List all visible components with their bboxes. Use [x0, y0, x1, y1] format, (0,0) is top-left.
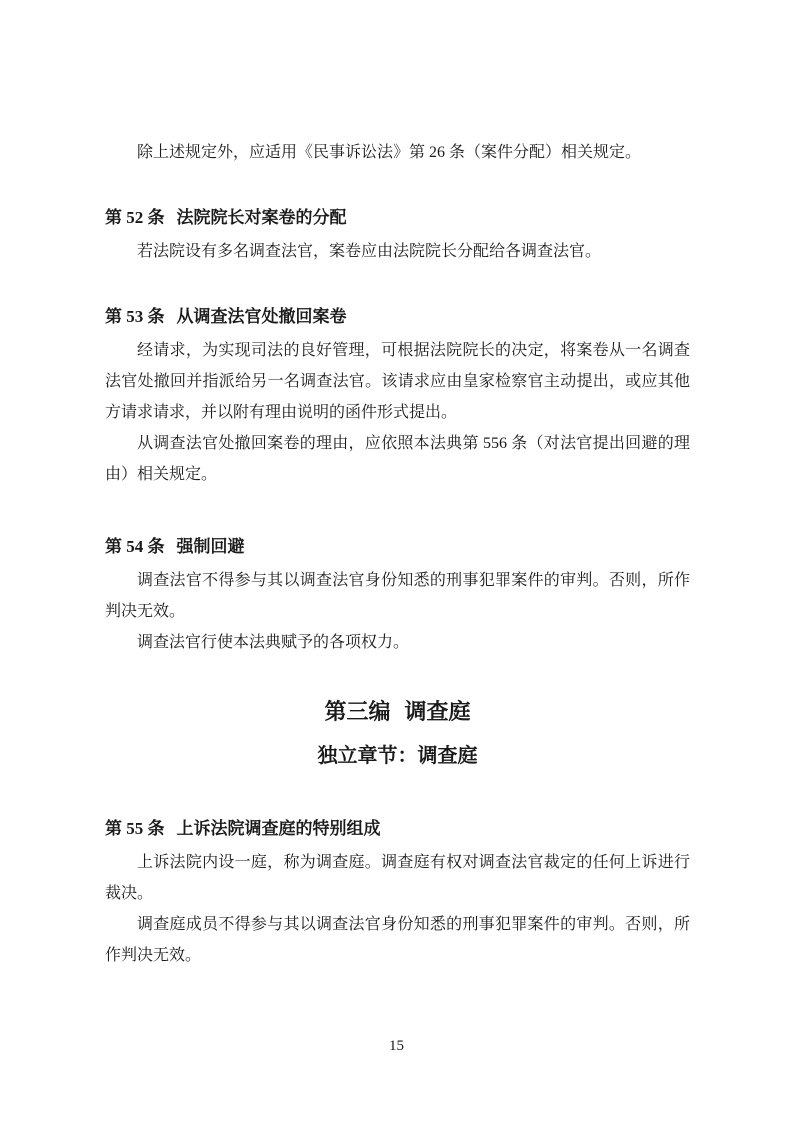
article-title: 从调查法官处撤回案卷	[177, 307, 347, 326]
part-number: 第三编	[324, 699, 390, 724]
article-title: 上诉法院调查庭的特别组成	[177, 819, 381, 838]
article-54-heading: 第 54 条强制回避	[105, 534, 690, 560]
paragraph: 调查法官不得参与其以调查法官身份知悉的刑事犯罪案件的审判。否则，所作判决无效。	[105, 565, 690, 627]
article-number: 第 54 条	[105, 537, 165, 556]
page: 除上述规定外，应适用《民事诉讼法》第 26 条（案件分配）相关规定。 第 52 …	[0, 0, 793, 1122]
article-52-heading: 第 52 条法院院长对案卷的分配	[105, 205, 690, 231]
part-title: 调查庭	[405, 699, 471, 724]
paragraph: 若法院设有多名调查法官，案卷应由法院院长分配给各调查法官。	[105, 236, 690, 267]
paragraph: 调查法官行使本法典赋予的各项权力。	[105, 627, 690, 658]
paragraph: 上诉法院内设一庭，称为调查庭。调查庭有权对调查法官裁定的任何上诉进行裁决。	[105, 847, 690, 909]
paragraph: 除上述规定外，应适用《民事诉讼法》第 26 条（案件分配）相关规定。	[105, 137, 690, 168]
chapter-heading: 独立章节：调查庭	[105, 740, 690, 772]
article-number: 第 53 条	[105, 307, 165, 326]
article-number: 第 52 条	[105, 208, 165, 227]
document-content: 除上述规定外，应适用《民事诉讼法》第 26 条（案件分配）相关规定。 第 52 …	[105, 137, 690, 971]
article-title: 强制回避	[177, 537, 245, 556]
part-heading: 第三编调查庭	[105, 695, 690, 729]
paragraph: 经请求，为实现司法的良好管理，可根据法院院长的决定，将案卷从一名调查法官处撤回并…	[105, 335, 690, 428]
article-number: 第 55 条	[105, 819, 165, 838]
article-55-heading: 第 55 条上诉法院调查庭的特别组成	[105, 816, 690, 842]
article-53-heading: 第 53 条从调查法官处撤回案卷	[105, 304, 690, 330]
article-title: 法院院长对案卷的分配	[177, 208, 347, 227]
paragraph: 调查庭成员不得参与其以调查法官身份知悉的刑事犯罪案件的审判。否则，所作判决无效。	[105, 909, 690, 971]
page-number: 15	[0, 1036, 793, 1056]
paragraph: 从调查法官处撤回案卷的理由，应依照本法典第 556 条（对法官提出回避的理由）相…	[105, 428, 690, 490]
